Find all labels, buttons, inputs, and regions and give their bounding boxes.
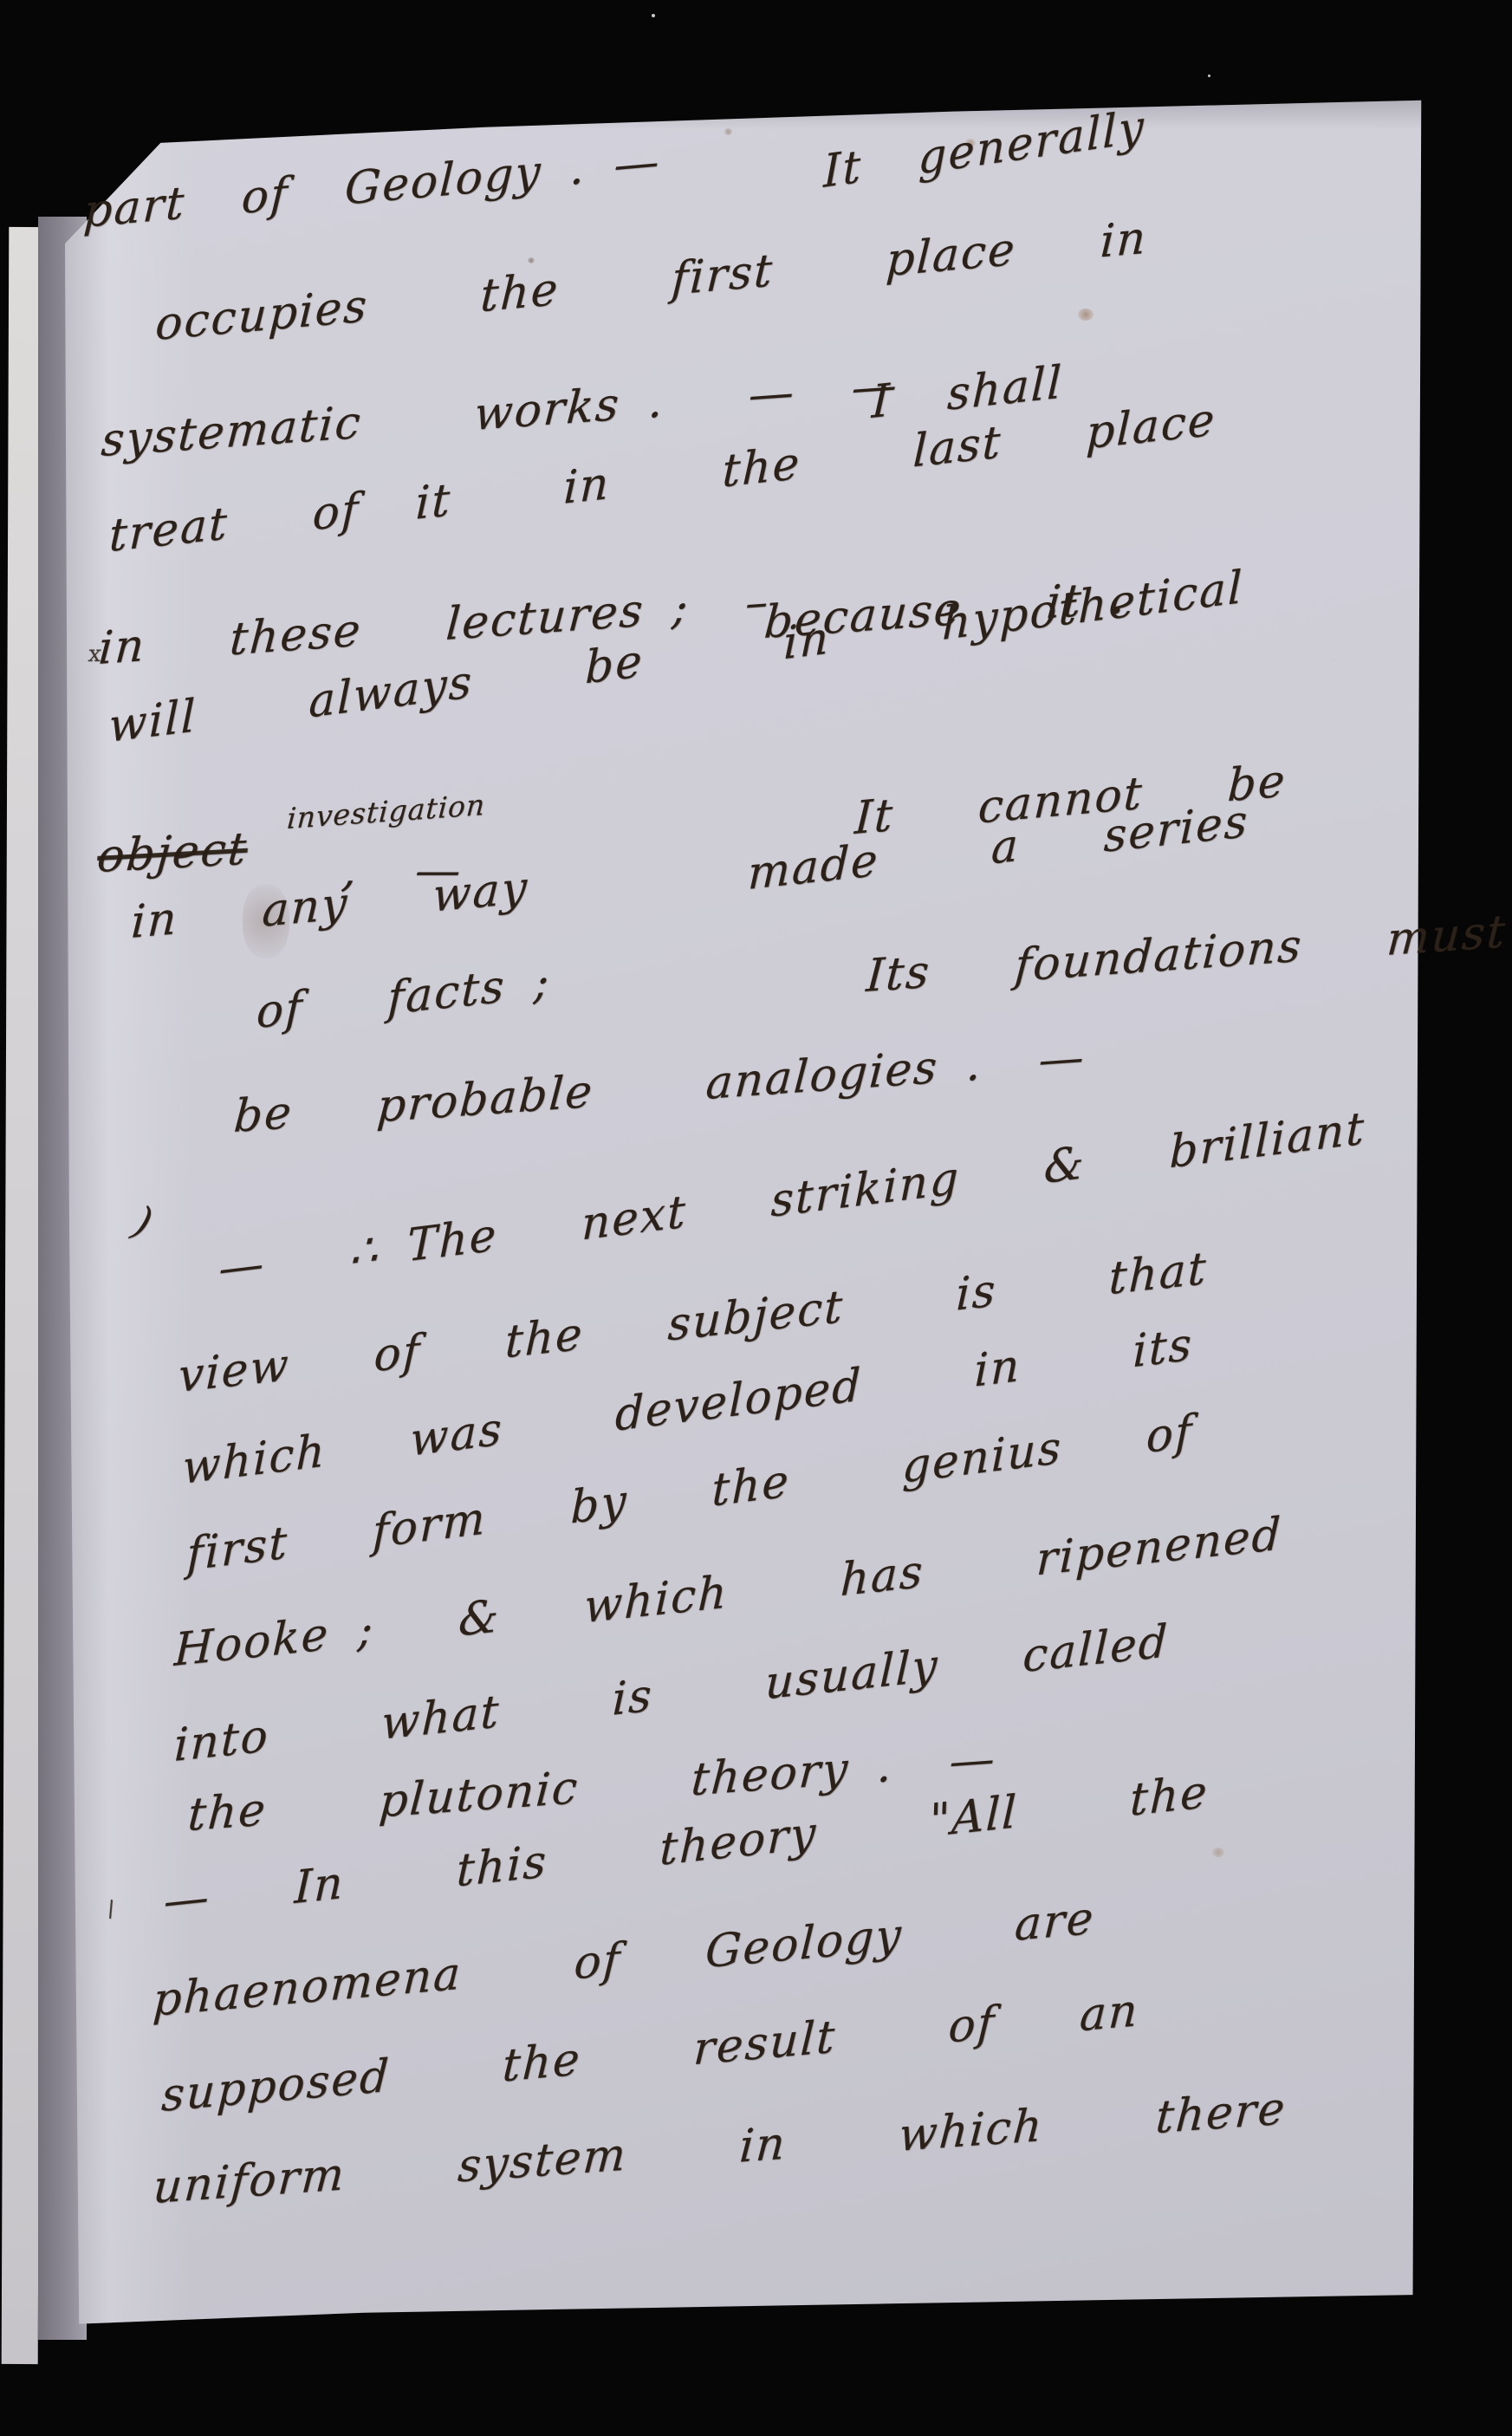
dust-speck [1208,75,1210,77]
handwritten-line: object [95,826,250,881]
photograph-of-manuscript: part of Geology . —It generallyoccupies … [0,0,1512,2436]
dust-speck [652,14,655,17]
dust-speck [1333,659,1335,661]
handwritten-line: occupies the first place in [154,214,1148,348]
margin-mark: x [87,643,105,666]
handwritten-line: be probable analogies . — [232,1034,1087,1141]
handwritten-line: ) [128,1199,159,1243]
handwritten-line: part of Geology . — [82,138,662,236]
handwriting-layer: part of Geology . —It generallyoccupies … [0,0,1512,2436]
handwritten-line: Its foundations must [865,908,1509,1001]
handwritten-line: It generally [823,103,1145,196]
handwritten-line: investigation [286,790,486,835]
margin-mark: \ [102,1898,120,1922]
handwritten-line: of facts ; [256,958,551,1037]
